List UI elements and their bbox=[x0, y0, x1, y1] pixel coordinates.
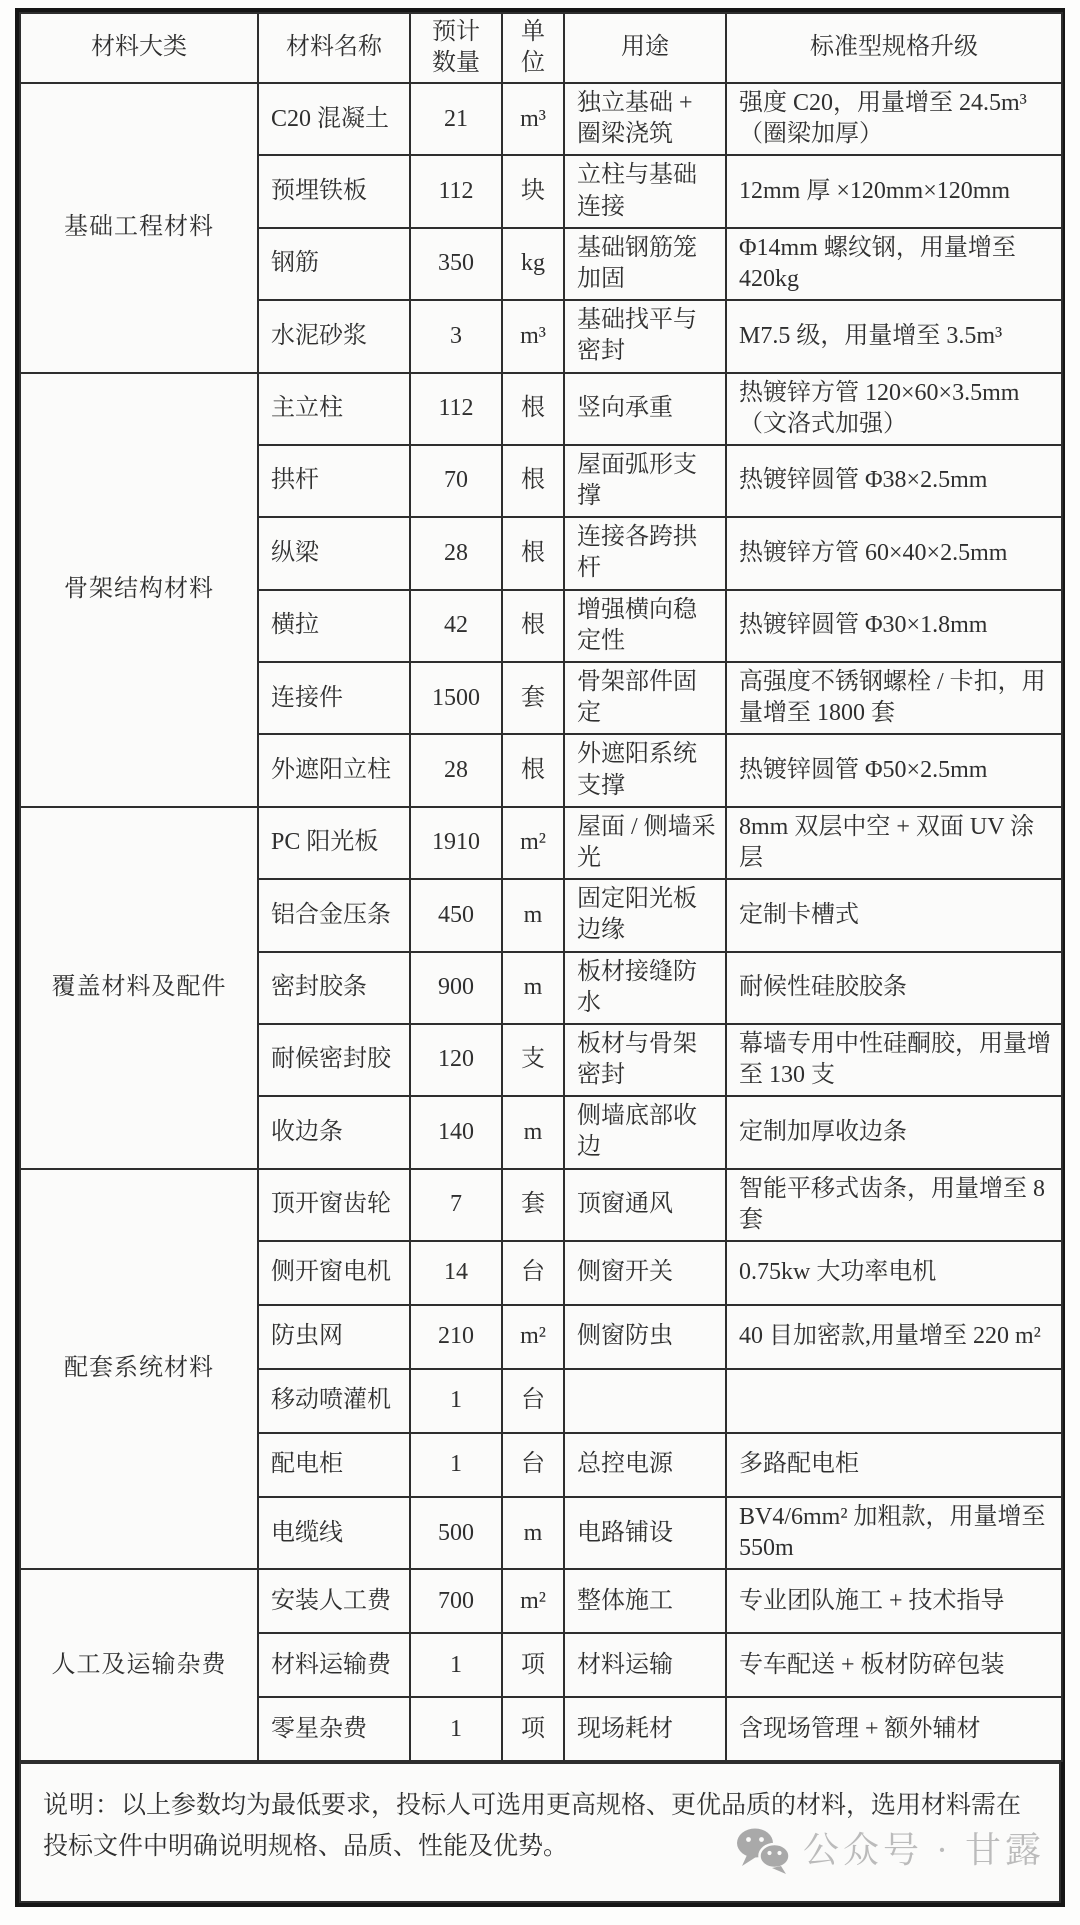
spec-cell: 热镀锌方管 60×40×2.5mm bbox=[726, 517, 1062, 589]
unit-cell: m³ bbox=[502, 83, 564, 155]
spec-cell: 高强度不锈钢螺栓 / 卡扣，用量增至 1800 套 bbox=[726, 662, 1062, 734]
spec-cell: M7.5 级，用量增至 3.5m³ bbox=[726, 300, 1062, 372]
unit-cell: 根 bbox=[502, 517, 564, 589]
category-cell: 覆盖材料及配件 bbox=[20, 807, 258, 1169]
category-cell: 人工及运输杂费 bbox=[20, 1569, 258, 1761]
col-header-quantity: 预计 数量 bbox=[410, 13, 502, 83]
material-name-cell: 铝合金压条 bbox=[258, 879, 410, 951]
table-row: 覆盖材料及配件PC 阳光板1910m²屋面 / 侧墙采光8mm 双层中空 + 双… bbox=[20, 807, 1062, 879]
spec-cell: 专车配送 + 板材防碎包装 bbox=[726, 1633, 1062, 1697]
purpose-cell: 整体施工 bbox=[564, 1569, 726, 1633]
quantity-cell: 21 bbox=[410, 83, 502, 155]
spec-cell: 专业团队施工 + 技术指导 bbox=[726, 1569, 1062, 1633]
spec-cell: Φ14mm 螺纹钢，用量增至 420kg bbox=[726, 228, 1062, 300]
purpose-cell: 增强横向稳定性 bbox=[564, 590, 726, 662]
unit-cell: m³ bbox=[502, 300, 564, 372]
quantity-cell: 1910 bbox=[410, 807, 502, 879]
quantity-cell: 112 bbox=[410, 373, 502, 445]
materials-table: 材料大类 材料名称 预计 数量 单 位 用途 标准型规格升级 基础工程材料C20… bbox=[19, 12, 1063, 1762]
material-name-cell: 安装人工费 bbox=[258, 1569, 410, 1633]
spec-cell: 0.75kw 大功率电机 bbox=[726, 1241, 1062, 1305]
quantity-cell: 70 bbox=[410, 445, 502, 517]
spec-cell: 多路配电柜 bbox=[726, 1433, 1062, 1497]
unit-cell: 套 bbox=[502, 662, 564, 734]
quantity-cell: 210 bbox=[410, 1305, 502, 1369]
quantity-cell: 350 bbox=[410, 228, 502, 300]
quantity-cell: 900 bbox=[410, 952, 502, 1024]
note-label: 说明： bbox=[43, 1792, 121, 1819]
spec-cell: 含现场管理 + 额外辅材 bbox=[726, 1697, 1062, 1761]
purpose-cell: 材料运输 bbox=[564, 1633, 726, 1697]
spec-cell: 热镀锌圆管 Φ50×2.5mm bbox=[726, 734, 1062, 806]
quantity-cell: 28 bbox=[410, 517, 502, 589]
spec-cell: 热镀锌圆管 Φ38×2.5mm bbox=[726, 445, 1062, 517]
material-name-cell: C20 混凝土 bbox=[258, 83, 410, 155]
quantity-cell: 1 bbox=[410, 1633, 502, 1697]
table-body: 基础工程材料C20 混凝土21m³独立基础 + 圈梁浇筑强度 C20，用量增至 … bbox=[20, 83, 1062, 1761]
unit-cell: 根 bbox=[502, 734, 564, 806]
purpose-cell: 侧窗防虫 bbox=[564, 1305, 726, 1369]
table-row: 骨架结构材料主立柱112根竖向承重热镀锌方管 120×60×3.5mm（文洛式加… bbox=[20, 373, 1062, 445]
unit-cell: m bbox=[502, 952, 564, 1024]
quantity-cell: 1 bbox=[410, 1697, 502, 1761]
table-row: 人工及运输杂费安装人工费700m²整体施工专业团队施工 + 技术指导 bbox=[20, 1569, 1062, 1633]
quantity-cell: 450 bbox=[410, 879, 502, 951]
material-name-cell: 钢筋 bbox=[258, 228, 410, 300]
purpose-cell: 电路铺设 bbox=[564, 1497, 726, 1569]
purpose-cell: 竖向承重 bbox=[564, 373, 726, 445]
purpose-cell: 固定阳光板边缘 bbox=[564, 879, 726, 951]
quantity-cell: 112 bbox=[410, 155, 502, 227]
purpose-cell: 独立基础 + 圈梁浇筑 bbox=[564, 83, 726, 155]
category-cell: 基础工程材料 bbox=[20, 83, 258, 373]
material-name-cell: 电缆线 bbox=[258, 1497, 410, 1569]
material-name-cell: 防虫网 bbox=[258, 1305, 410, 1369]
purpose-cell: 总控电源 bbox=[564, 1433, 726, 1497]
unit-cell: m bbox=[502, 879, 564, 951]
purpose-cell: 基础钢筋笼加固 bbox=[564, 228, 726, 300]
quantity-cell: 1 bbox=[410, 1369, 502, 1433]
material-name-cell: 材料运输费 bbox=[258, 1633, 410, 1697]
category-cell: 骨架结构材料 bbox=[20, 373, 258, 807]
quantity-cell: 1 bbox=[410, 1433, 502, 1497]
material-name-cell: 收边条 bbox=[258, 1096, 410, 1168]
purpose-cell: 顶窗通风 bbox=[564, 1169, 726, 1241]
material-name-cell: 配电柜 bbox=[258, 1433, 410, 1497]
materials-table-frame: 材料大类 材料名称 预计 数量 单 位 用途 标准型规格升级 基础工程材料C20… bbox=[15, 8, 1065, 1907]
spec-cell: 定制加厚收边条 bbox=[726, 1096, 1062, 1168]
col-header-category: 材料大类 bbox=[20, 13, 258, 83]
material-name-cell: 拱杆 bbox=[258, 445, 410, 517]
material-name-cell: 连接件 bbox=[258, 662, 410, 734]
unit-cell: 根 bbox=[502, 373, 564, 445]
material-name-cell: 移动喷灌机 bbox=[258, 1369, 410, 1433]
material-name-cell: 侧开窗电机 bbox=[258, 1241, 410, 1305]
material-name-cell: 耐候密封胶 bbox=[258, 1024, 410, 1096]
quantity-cell: 500 bbox=[410, 1497, 502, 1569]
purpose-cell: 侧墙底部收边 bbox=[564, 1096, 726, 1168]
purpose-cell: 屋面 / 侧墙采光 bbox=[564, 807, 726, 879]
quantity-cell: 7 bbox=[410, 1169, 502, 1241]
unit-cell: 根 bbox=[502, 590, 564, 662]
purpose-cell: 现场耗材 bbox=[564, 1697, 726, 1761]
note-section: 说明：以上参数均为最低要求，投标人可选用更高规格、更优品质的材料，选用材料需在投… bbox=[19, 1762, 1061, 1903]
unit-cell: 支 bbox=[502, 1024, 564, 1096]
quantity-cell: 140 bbox=[410, 1096, 502, 1168]
unit-cell: m² bbox=[502, 807, 564, 879]
header-row: 材料大类 材料名称 预计 数量 单 位 用途 标准型规格升级 bbox=[20, 13, 1062, 83]
material-name-cell: 横拉 bbox=[258, 590, 410, 662]
material-name-cell: PC 阳光板 bbox=[258, 807, 410, 879]
category-cell: 配套系统材料 bbox=[20, 1169, 258, 1570]
spec-cell: 40 目加密款,用量增至 220 m² bbox=[726, 1305, 1062, 1369]
purpose-cell bbox=[564, 1369, 726, 1433]
unit-cell: 项 bbox=[502, 1633, 564, 1697]
material-name-cell: 预埋铁板 bbox=[258, 155, 410, 227]
quantity-cell: 1500 bbox=[410, 662, 502, 734]
quantity-cell: 14 bbox=[410, 1241, 502, 1305]
spec-cell: 定制卡槽式 bbox=[726, 879, 1062, 951]
material-name-cell: 主立柱 bbox=[258, 373, 410, 445]
document-page: 材料大类 材料名称 预计 数量 单 位 用途 标准型规格升级 基础工程材料C20… bbox=[0, 0, 1080, 1925]
spec-cell bbox=[726, 1369, 1062, 1433]
col-header-purpose: 用途 bbox=[564, 13, 726, 83]
wechat-icon bbox=[735, 1826, 791, 1874]
purpose-cell: 板材接缝防水 bbox=[564, 952, 726, 1024]
purpose-cell: 板材与骨架密封 bbox=[564, 1024, 726, 1096]
unit-cell: 块 bbox=[502, 155, 564, 227]
watermark-text: 公众号 · 甘露 bbox=[803, 1821, 1045, 1879]
unit-cell: 台 bbox=[502, 1433, 564, 1497]
purpose-cell: 侧窗开关 bbox=[564, 1241, 726, 1305]
spec-cell: 智能平移式齿条，用量增至 8 套 bbox=[726, 1169, 1062, 1241]
unit-cell: m bbox=[502, 1096, 564, 1168]
unit-cell: kg bbox=[502, 228, 564, 300]
note-text: 以上参数均为最低要求，投标人可选用更高规格、更优品质的材料，选用材料需在投标文件… bbox=[43, 1792, 1021, 1860]
col-header-name: 材料名称 bbox=[258, 13, 410, 83]
purpose-cell: 骨架部件固定 bbox=[564, 662, 726, 734]
material-name-cell: 顶开窗齿轮 bbox=[258, 1169, 410, 1241]
spec-cell: 热镀锌圆管 Φ30×1.8mm bbox=[726, 590, 1062, 662]
table-row: 配套系统材料顶开窗齿轮7套顶窗通风智能平移式齿条，用量增至 8 套 bbox=[20, 1169, 1062, 1241]
spec-cell: 热镀锌方管 120×60×3.5mm（文洛式加强） bbox=[726, 373, 1062, 445]
unit-cell: m² bbox=[502, 1305, 564, 1369]
purpose-cell: 外遮阳系统支撑 bbox=[564, 734, 726, 806]
quantity-cell: 28 bbox=[410, 734, 502, 806]
spec-cell: 耐候性硅胶胶条 bbox=[726, 952, 1062, 1024]
spec-cell: BV4/6mm² 加粗款，用量增至 550m bbox=[726, 1497, 1062, 1569]
material-name-cell: 纵梁 bbox=[258, 517, 410, 589]
unit-cell: 项 bbox=[502, 1697, 564, 1761]
spec-cell: 强度 C20，用量增至 24.5m³（圈梁加厚） bbox=[726, 83, 1062, 155]
purpose-cell: 连接各跨拱杆 bbox=[564, 517, 726, 589]
quantity-cell: 3 bbox=[410, 300, 502, 372]
table-row: 基础工程材料C20 混凝土21m³独立基础 + 圈梁浇筑强度 C20，用量增至 … bbox=[20, 83, 1062, 155]
unit-cell: 台 bbox=[502, 1369, 564, 1433]
material-name-cell: 零星杂费 bbox=[258, 1697, 410, 1761]
unit-cell: 套 bbox=[502, 1169, 564, 1241]
unit-cell: 台 bbox=[502, 1241, 564, 1305]
material-name-cell: 水泥砂浆 bbox=[258, 300, 410, 372]
spec-cell: 8mm 双层中空 + 双面 UV 涂层 bbox=[726, 807, 1062, 879]
col-header-spec: 标准型规格升级 bbox=[726, 13, 1062, 83]
spec-cell: 幕墙专用中性硅酮胶，用量增至 130 支 bbox=[726, 1024, 1062, 1096]
material-name-cell: 密封胶条 bbox=[258, 952, 410, 1024]
material-name-cell: 外遮阳立柱 bbox=[258, 734, 410, 806]
purpose-cell: 屋面弧形支撑 bbox=[564, 445, 726, 517]
quantity-cell: 120 bbox=[410, 1024, 502, 1096]
purpose-cell: 立柱与基础连接 bbox=[564, 155, 726, 227]
col-header-unit: 单 位 bbox=[502, 13, 564, 83]
purpose-cell: 基础找平与密封 bbox=[564, 300, 726, 372]
quantity-cell: 700 bbox=[410, 1569, 502, 1633]
unit-cell: m² bbox=[502, 1569, 564, 1633]
spec-cell: 12mm 厚 ×120mm×120mm bbox=[726, 155, 1062, 227]
unit-cell: m bbox=[502, 1497, 564, 1569]
watermark: 公众号 · 甘露 bbox=[735, 1821, 1045, 1879]
quantity-cell: 42 bbox=[410, 590, 502, 662]
unit-cell: 根 bbox=[502, 445, 564, 517]
